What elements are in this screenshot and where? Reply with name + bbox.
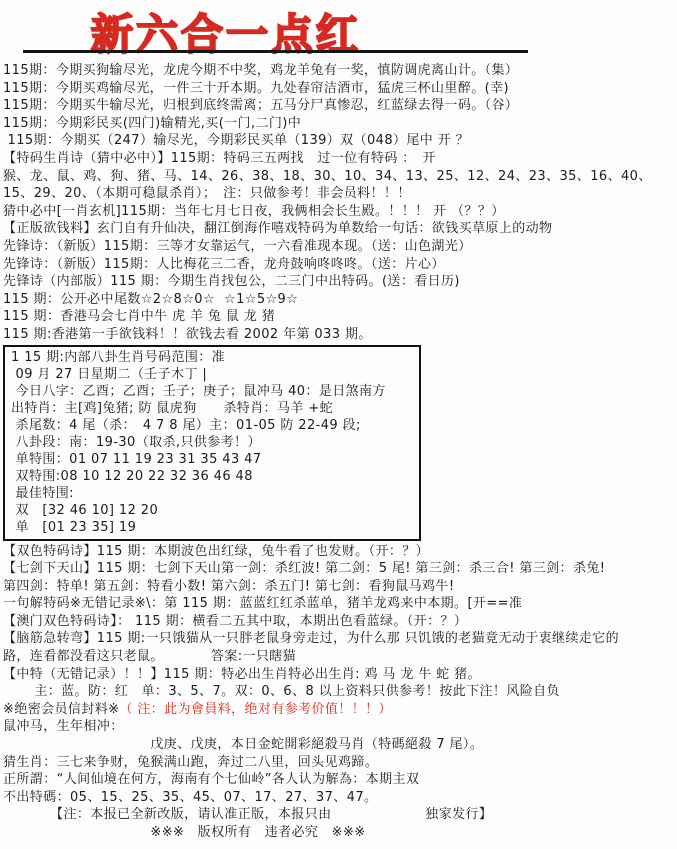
text-segment: 最佳特围: [11, 486, 74, 501]
text-segment: 出特肖：主[鸡]兔猪; 防 鼠虎狗 杀特肖：马羊 +蛇 [11, 401, 333, 416]
text-segment: 今日八字：乙酉；乙酉；壬子；庚子；鼠冲马 40：是日煞南方 [11, 384, 386, 399]
text-segment: 【脑筋急转弯】115 期:一只饿猫从一只胖老鼠身旁走过，为什么那 只饥饿的老猫竟… [3, 631, 619, 646]
text-line: 双 [32 46 10] 12 20 [11, 502, 415, 519]
text-line: 【双色特码诗】115 期：本期波色出红绿，兔牛看了也发财。（开：？） [3, 543, 677, 561]
text-line: ※绝密会员信封料※（ 注：此为會員料，绝对有参考价值！！！） [3, 701, 677, 719]
text-line: 先锋诗：（新版）115期：三等才女靠运气，一六看准现本现。（送：山色湖光） [3, 238, 677, 256]
text-line: 正所謂：“人间仙境在何方，海南有个七仙岭”各人认为解為：本期主双 [3, 771, 677, 789]
title-block: 新六合一点红 [3, 4, 677, 58]
text-line: 【澳门双色特码诗】： 115 期：横看二五其中取，本期出色看蓝绿。（开：？） [3, 613, 677, 631]
text-line: 猴、龙、鼠、鸡、狗、猪、马、14、26、38、18、30、10、34、13、25… [3, 168, 677, 186]
text-line: 【七剑下天山】115 期：七剑下天山第一剑：杀红波! 第二剑：5 尾! 第三剑：… [3, 560, 677, 578]
text-line: ※※※ 版权所有 违者必究 ※※※ [3, 824, 677, 842]
tip-sheet: 新六合一点红 115期：今期买狗输尽光，龙虎今期不中奖，鸡龙羊兔有一奖，慎防调虎… [0, 4, 677, 842]
text-line: 戊庚、戊庚，本日金蛇開彩絕殺马肖（特碼絕殺 7 尾）。 [3, 736, 677, 754]
text-segment: 单特围：01 07 11 19 23 31 35 43 47 [11, 452, 261, 467]
text-segment: 115期：今期买（247）输尽光，今期彩民买单（139）双（048）尾中 开 ？ [3, 133, 469, 148]
text-line: 1 15 期:内部八卦生肖号码范围：准 [11, 349, 415, 366]
text-segment: 先锋诗：（新版）115期：三等才女靠运气，一六看准现本现。（送：山色湖光） [3, 239, 472, 254]
bagua-box-lines: 1 15 期:内部八卦生肖号码范围：准 09 月 27 日星期二（壬子木丁 | … [11, 349, 415, 536]
text-segment: 一句解特码※无错记录※\：第 115 期：蓝蓝红红杀蓝单，猪羊龙鸡来中本期。[开… [3, 596, 522, 611]
text-segment: 【双色特码诗】115 期：本期波色出红绿，兔牛看了也发财。（开：？） [3, 544, 429, 559]
text-segment: 先锋诗（内部版）115 期：今期生肖找包公，二三门中出特码。(送：看日历) [3, 274, 460, 289]
page-title: 新六合一点红 [91, 2, 361, 62]
text-segment: 先锋诗：（新版）115期：人比梅花三二香，龙舟鼓响咚咚咚。（送：片心） [3, 257, 445, 272]
text-line: 115期：今期买牛输尽光，归根到底终需离；五马分尸真惨忍，红蓝绿去得一码。（谷） [3, 97, 677, 115]
text-segment: 杀尾数：4 尾（杀： 4 7 8 尾）主：01-05 防 22-49 段; [11, 418, 361, 433]
text-segment: 115 期：香港马会七肖中牛 虎 羊 兔 鼠 龙 猪 [3, 309, 275, 324]
text-line: 双特围:08 10 12 20 22 32 36 46 48 [11, 468, 415, 485]
text-segment: 不出特碼：05、15、25、35、45、07、17、27、37、47。 [3, 790, 377, 805]
text-line: 第四剑：特单! 第五剑：特看小数! 第六剑：杀五门! 第七剑：看狗鼠马鸡牛! [3, 578, 677, 596]
text-segment: 单 [01 23 35] 19 [11, 520, 136, 535]
text-line: 最佳特围: [11, 485, 415, 502]
text-line: 猜生肖：三七来争财，兔猴满山跑，奔过二八里，回头见鸡蹄。 [3, 754, 677, 772]
text-segment: 【七剑下天山】115 期：七剑下天山第一剑：杀红波! 第二剑：5 尾! 第三剑：… [3, 561, 605, 576]
text-segment: 115期：今期买鸡输尽光，一件三十开本期。九处春帘洁酒市，猛虎三杯山里醉。(幸) [3, 81, 509, 96]
title-underline [23, 50, 528, 53]
text-line: 115期：今期买狗输尽光，龙虎今期不中奖，鸡龙羊兔有一奖，慎防调虎离山计。（集） [3, 62, 677, 80]
text-line: 15、29、20、（本期可稳鼠杀肖）； 注：只做参考！非会员料！！！ [3, 185, 677, 203]
text-line: 今日八字：乙酉；乙酉；壬子；庚子；鼠冲马 40：是日煞南方 [11, 383, 415, 400]
text-line: 【特码生肖诗（猜中必中）】115期：特码三五两找 过一位有特码 ： 开 [3, 150, 677, 168]
text-segment: 115期：今期买牛输尽光，归根到底终需离；五马分尸真惨忍，红蓝绿去得一码。（谷） [3, 98, 518, 113]
text-segment: 1 15 期:内部八卦生肖号码范围：准 [11, 350, 225, 365]
text-segment: ※※※ 版权所有 违者必究 ※※※ [3, 825, 366, 840]
text-segment: 第四剑：特单! 第五剑：特看小数! 第六剑：杀五门! 第七剑：看狗鼠马鸡牛! [3, 579, 454, 594]
text-segment: 戊庚、戊庚，本日金蛇開彩絕殺马肖（特碼絕殺 7 尾）。 [3, 737, 483, 752]
text-line: 115 期：公开必中尾数☆2☆8☆0☆ ☆1☆5☆9☆ [3, 291, 677, 309]
text-line: 单 [01 23 35] 19 [11, 519, 415, 536]
text-segment: 【注：本报已全新改版，请认准正版，本报只由 独家发行】 [3, 807, 492, 822]
text-line: 115期：今期买鸡输尽光，一件三十开本期。九处春帘洁酒市，猛虎三杯山里醉。(幸) [3, 80, 677, 98]
top-lines: 115期：今期买狗输尽光，龙虎今期不中奖，鸡龙羊兔有一奖，慎防调虎离山计。（集）… [3, 62, 677, 344]
text-line: 115期：今期买（247）输尽光，今期彩民买单（139）双（048）尾中 开 ？ [3, 132, 677, 150]
text-line: 先锋诗（内部版）115 期：今期生肖找包公，二三门中出特码。(送：看日历) [3, 273, 677, 291]
text-line: 【正版欲钱料】玄门自有升仙决，翻江倒海作嘻戏特码为单数给一句话：欲钱买草原上的动… [3, 220, 677, 238]
text-segment: 双 [32 46 10] 12 20 [11, 503, 158, 518]
text-line: 出特肖：主[鸡]兔猪; 防 鼠虎狗 杀特肖：马羊 +蛇 [11, 400, 415, 417]
text-segment: 主：蓝。防：红 单：3、5、7。双：0、6、8 以上资料只供参考！按此下注！风险… [3, 684, 560, 699]
text-line: 【注：本报已全新改版，请认准正版，本报只由 独家发行】 [3, 806, 677, 824]
text-segment: 【澳门双色特码诗】： 115 期：横看二五其中取，本期出色看蓝绿。（开：？） [3, 614, 467, 629]
text-line: 路，连看都没看这只老鼠。 答案:一只瞎猫 [3, 648, 677, 666]
text-segment: 115 期:香港第一手欲钱料！！欲钱去看 2002 年第 033 期。 [3, 327, 372, 342]
bottom-lines: 【双色特码诗】115 期：本期波色出红绿，兔牛看了也发财。（开：？）【七剑下天山… [3, 543, 677, 842]
text-segment: 路，连看都没看这只老鼠。 答案:一只瞎猫 [3, 649, 296, 664]
text-segment: ※绝密会员信封料※ [3, 702, 119, 717]
text-line: 八卦段：南：19-30（取杀,只供参考！） [11, 434, 415, 451]
text-segment: 【正版欲钱料】玄门自有升仙决，翻江倒海作嘻戏特码为单数给一句话：欲钱买草原上的动… [3, 221, 552, 236]
text-segment: 猴、龙、鼠、鸡、狗、猪、马、14、26、38、18、30、10、34、13、25… [3, 169, 652, 184]
text-line: 【中特（无错记录）！！】115 期：特必出生肖特必出生肖: 鸡 马 龙 牛 蛇 … [3, 666, 677, 684]
text-segment: 115期：今期彩民买(四门)输精光,买(一门,二门)中 [3, 116, 301, 131]
text-line: 一句解特码※无错记录※\：第 115 期：蓝蓝红红杀蓝单，猪羊龙鸡来中本期。[开… [3, 595, 677, 613]
text-line: 主：蓝。防：红 单：3、5、7。双：0、6、8 以上资料只供参考！按此下注！风险… [3, 683, 677, 701]
text-segment: 猜生肖：三七来争财，兔猴满山跑，奔过二八里，回头见鸡蹄。 [3, 755, 378, 770]
text-line: 115 期:香港第一手欲钱料！！欲钱去看 2002 年第 033 期。 [3, 326, 677, 344]
text-segment: 115 期：公开必中尾数☆2☆8☆0☆ ☆1☆5☆9☆ [3, 292, 298, 307]
text-segment: 【特码生肖诗（猜中必中）】115期：特码三五两找 过一位有特码 ： 开 [3, 151, 436, 166]
text-line: 先锋诗：（新版）115期：人比梅花三二香，龙舟鼓响咚咚咚。（送：片心） [3, 256, 677, 274]
text-segment: 双特围:08 10 12 20 22 32 36 46 48 [11, 469, 253, 484]
text-segment: 09 月 27 日星期二（壬子木丁 | [11, 367, 207, 382]
text-line: 鼠冲马，生年相冲： [3, 718, 677, 736]
text-segment: 115期：今期买狗输尽光，龙虎今期不中奖，鸡龙羊兔有一奖，慎防调虎离山计。（集） [3, 63, 518, 78]
text-line: 115 期：香港马会七肖中牛 虎 羊 兔 鼠 龙 猪 [3, 308, 677, 326]
text-line: 猜中必中[一肖玄机]115期：当年七月七日夜，我俩相会长生殿。！！！ 开 （？？… [3, 203, 677, 221]
text-line: 不出特碼：05、15、25、35、45、07、17、27、37、47。 [3, 789, 677, 807]
text-segment: 15、29、20、（本期可稳鼠杀肖）； 注：只做参考！非会员料！！！ [3, 186, 411, 201]
text-line: 【脑筋急转弯】115 期:一只饿猫从一只胖老鼠身旁走过，为什么那 只饥饿的老猫竟… [3, 630, 677, 648]
text-line: 杀尾数：4 尾（杀： 4 7 8 尾）主：01-05 防 22-49 段; [11, 417, 415, 434]
text-segment: 猜中必中[一肖玄机]115期：当年七月七日夜，我俩相会长生殿。！！！ 开 （？？… [3, 204, 505, 219]
text-line: 115期：今期彩民买(四门)输精光,买(一门,二门)中 [3, 115, 677, 133]
text-segment: 【中特（无错记录）！！】115 期：特必出生肖特必出生肖: 鸡 马 龙 牛 蛇 … [3, 667, 481, 682]
bagua-info-box: 1 15 期:内部八卦生肖号码范围：准 09 月 27 日星期二（壬子木丁 | … [3, 345, 421, 541]
text-line: 09 月 27 日星期二（壬子木丁 | [11, 366, 415, 383]
text-segment: 正所謂：“人间仙境在何方，海南有个七仙岭”各人认为解為：本期主双 [3, 772, 419, 787]
text-segment: 八卦段：南：19-30（取杀,只供参考！） [11, 435, 261, 450]
text-segment: 鼠冲马，生年相冲： [3, 719, 124, 734]
text-line: 单特围：01 07 11 19 23 31 35 43 47 [11, 451, 415, 468]
text-segment: （ 注：此为會員料，绝对有参考价值！！！） [119, 702, 392, 717]
